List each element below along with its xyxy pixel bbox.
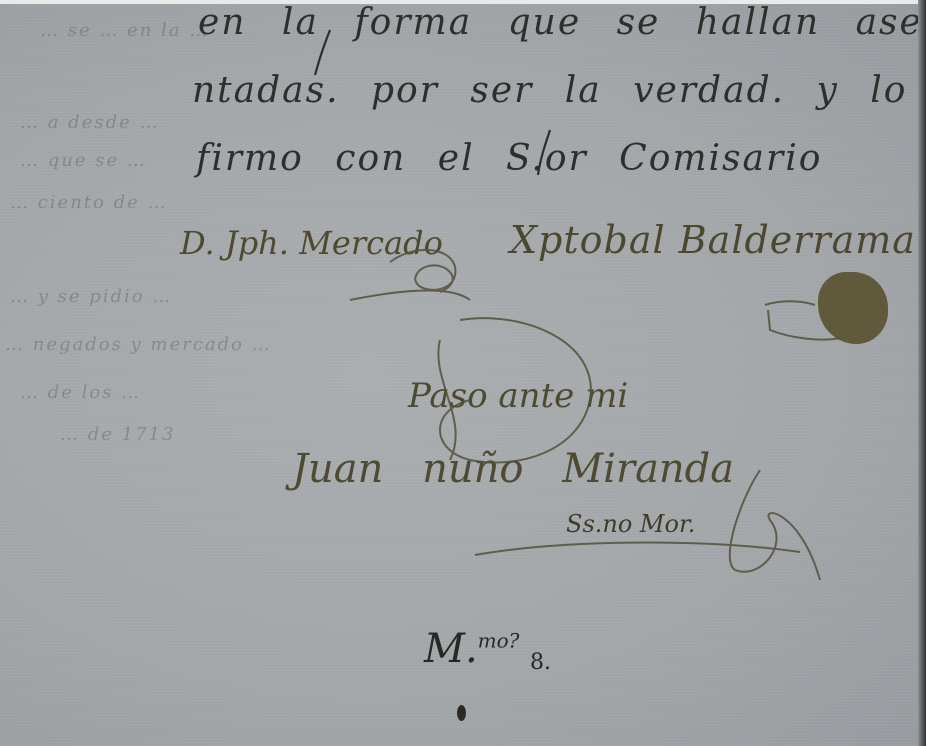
bleed-through-line: … ciento de … bbox=[10, 192, 168, 213]
bleed-through-line: … negados y mercado … bbox=[5, 334, 272, 355]
signature-balderrama: Xptobal Balderrama bbox=[510, 218, 916, 262]
bleed-through-line: … se … en la … bbox=[40, 20, 209, 41]
folio-number: 8. bbox=[530, 650, 551, 675]
bleed-through-line: … que se … bbox=[20, 150, 147, 171]
scan-right-edge bbox=[918, 0, 926, 746]
folio-label: M. bbox=[424, 626, 478, 672]
signature-mercado: D. Jph. Mercado bbox=[180, 224, 443, 262]
manuscript-line-2: ntadas. por ser la verdad. y lo bbox=[192, 70, 907, 111]
bleed-through-line: … a desde … bbox=[20, 112, 159, 133]
attestation-text: Paso ante mi bbox=[408, 376, 628, 416]
folio-marking: M.mo? bbox=[424, 626, 519, 672]
notary-title: Ss.no Mor. bbox=[566, 510, 695, 538]
signature-notary: Juan nuño Miranda bbox=[292, 446, 734, 492]
folio-superscript: mo? bbox=[478, 629, 520, 653]
ink-drop bbox=[457, 705, 466, 721]
bleed-through-line: … y se pidio … bbox=[10, 286, 172, 307]
bleed-through-line: … de los … bbox=[20, 382, 141, 403]
manuscript-line-3: firmo con el S.or Comisario bbox=[196, 138, 822, 179]
bleed-through-line: … de 1713 bbox=[60, 424, 175, 445]
manuscript-line-1: en la forma que se hallan ase bbox=[198, 2, 923, 43]
